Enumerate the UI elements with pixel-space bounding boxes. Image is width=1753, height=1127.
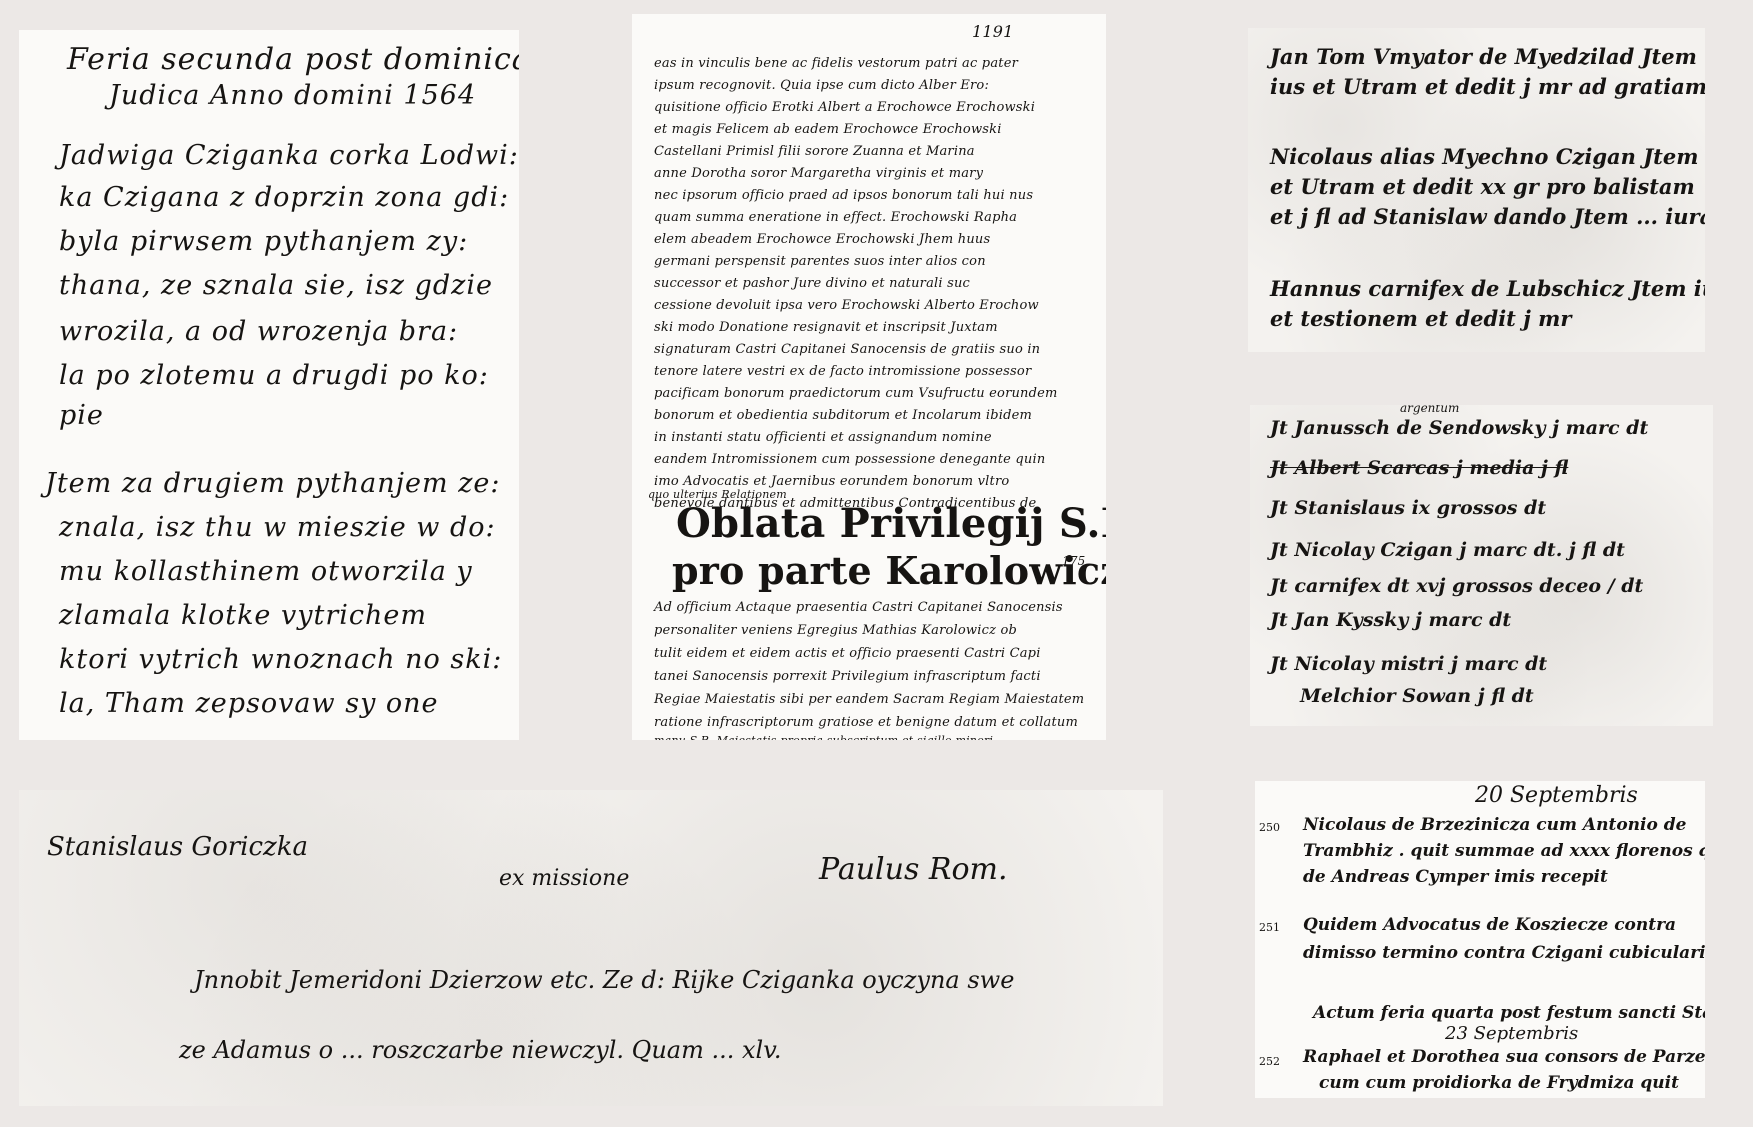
manuscript-panel-numbered-entries: 20 Septembris 250 Nicolaus de Brzezinicz… [1255, 781, 1705, 1098]
text-line: la, Tham zepsovaw sy one [59, 688, 439, 719]
text-line: ski modo Donatione resignavit et inscrip… [654, 320, 998, 335]
heading-right: Paulus Rom. [819, 852, 1008, 887]
text-line: ratione infrascriptorum gratiose et beni… [654, 715, 1078, 730]
text-line: et testionem et dedit j mr [1270, 306, 1571, 331]
text-line: tulit eidem et eidem actis et officio pr… [654, 646, 1041, 661]
text-line: signaturam Castri Capitanei Sanocensis d… [654, 342, 1040, 357]
text-line: Regiae Maiestatis sibi per eandem Sacram… [654, 692, 1084, 707]
header-fragment: argentum [1400, 405, 1459, 415]
heading-left: Stanislaus Goriczka [47, 832, 308, 862]
text-line: ze Adamus o ... roszczarbe niewczyl. Qua… [179, 1036, 782, 1064]
manuscript-panel-court-record-1564: Feria secunda post dominicam Judica Anno… [19, 30, 519, 740]
text-line: et magis Felicem ab eadem Erochowce Eroc… [654, 122, 1002, 137]
date-annotation: 23 Septembris [1445, 1023, 1578, 1044]
text-line: dimisso termino contra Czigani cubicular… [1303, 943, 1705, 963]
text-line: et Utram et dedit xx gr pro balistam [1270, 174, 1695, 199]
text-line: ipsum recognovit. Quia ipse cum dicto Al… [654, 78, 989, 93]
text-line: mu kollasthinem otworzila y [59, 556, 473, 587]
text-line: wrozila, a od wrozenja bra: [59, 316, 458, 347]
list-item: Melchior Sowan j fl dt [1300, 685, 1534, 707]
document-subheading: pro parte Karolowicz. [672, 548, 1106, 593]
manuscript-panel-payment-list: argentum Jt Janussch de Sendowsky j marc… [1250, 405, 1713, 726]
text-line: anne Dorotha soror Margaretha virginis e… [654, 166, 983, 181]
text-line: Castellani Primisl filii sorore Zuanna e… [654, 144, 975, 159]
text-line: imo Advocatis et Jaernibus eorundem bono… [654, 474, 1009, 489]
text-line: elem abeadem Erochowce Erochowski Jhem h… [654, 232, 990, 247]
margin-folio-number: 175 [1062, 554, 1086, 568]
text-line: eas in vinculis bene ac fidelis vestorum… [654, 56, 1018, 71]
text-line: manu S.R. Maiestatis propria subscriptum… [654, 734, 993, 740]
text-line: Jadwiga Cziganka corka Lodwi: [59, 140, 519, 171]
list-item: Jt Nicolay Czigan j marc dt. j fl dt [1270, 539, 1625, 561]
text-line: Nicolaus de Brzezinicza cum Antonio de [1303, 815, 1686, 835]
text-line: cum cum proidiorka de Frydmiza quit [1319, 1073, 1679, 1093]
text-line: ka Czigana z doprzin zona gdi: [59, 182, 509, 213]
list-item: Jt Nicolay mistri j marc dt [1270, 653, 1547, 675]
text-line: in instanti statu officienti et assignan… [654, 430, 992, 445]
text-line: personaliter veniens Egregius Mathias Ka… [654, 623, 1017, 638]
heading-middle: ex missione [499, 866, 629, 891]
text-line: successor et pashor Jure divino et natur… [654, 276, 970, 291]
text-line: cessione devoluit ipsa vero Erochowski A… [654, 298, 1039, 313]
text-line: Quidem Advocatus de Kosziecze contra [1303, 915, 1676, 935]
text-line: zlamala klotke vytrichem [59, 600, 427, 631]
text-line: germani perspensit parentes suos inter a… [654, 254, 986, 269]
manuscript-panel-wide-fragment: Stanislaus Goriczka ex missione Paulus R… [19, 790, 1163, 1106]
list-item: Jt Janussch de Sendowsky j marc dt [1270, 417, 1648, 439]
manuscript-panel-privilege-oblata: 1191 eas in vinculis bene ac fidelis ves… [632, 14, 1106, 740]
text-line: Actum feria quarta post festum sancti St… [1313, 1003, 1705, 1023]
text-line: znala, isz thu w mieszie w do: [59, 512, 496, 543]
date-annotation: 20 Septembris [1475, 783, 1638, 808]
text-line: thana, ze sznala sie, isz gdzie [59, 270, 493, 301]
entry-number: 250 [1259, 821, 1280, 834]
document-heading: Oblata Privilegij S.R.M: [676, 500, 1106, 547]
text-line: ius et Utram et dedit j mr ad gratiam [1270, 74, 1705, 99]
text-line: tanei Sanocensis porrexit Privilegium in… [654, 669, 1041, 684]
list-item: Jt carnifex dt xvj grossos deceo / dt [1270, 575, 1643, 597]
text-line: tenore latere vestri ex de facto intromi… [654, 364, 1031, 379]
entry-number: 251 [1259, 921, 1280, 934]
text-line: la po zlotemu a drugdi po ko: [59, 360, 489, 391]
text-line: Jnnobit Jemeridoni Dzierzow etc. Ze d: R… [194, 966, 1014, 994]
text-line: Judica Anno domini 1564 [109, 80, 476, 111]
text-line: et j fl ad Stanislaw dando Jtem ... iura… [1270, 204, 1705, 229]
text-line: de Andreas Cymper imis recepit [1303, 867, 1608, 887]
text-line: Hannus carnifex de Lubschicz Jtem ius [1270, 276, 1705, 301]
text-line: nec ipsorum officio praed ad ipsos bonor… [654, 188, 1033, 203]
entry-number: 252 [1259, 1055, 1280, 1068]
text-line: pacificam bonorum praedictorum cum Vsufr… [654, 386, 1058, 401]
text-line: quam summa eneratione in effect. Erochow… [654, 210, 1017, 225]
list-item-struck: Jt Albert Scarcas j media j fl [1270, 457, 1568, 479]
folio-number: 1191 [972, 22, 1014, 41]
text-line: pie [59, 400, 104, 431]
manuscript-panel-town-register: Jan Tom Vmyator de Myedzilad Jtem ius et… [1248, 28, 1705, 352]
text-line: Raphael et Dorothea sua consors de Parze… [1303, 1047, 1705, 1067]
list-item: Jt Jan Kyssky j marc dt [1270, 609, 1511, 631]
text-line: quisitione officio Erotki Albert a Eroch… [654, 100, 1035, 115]
text-line: bonorum et obedientia subditorum et Inco… [654, 408, 1032, 423]
text-line: byla pirwsem pythanjem zy: [59, 226, 468, 257]
text-line: Nicolaus alias Myechno Czigan Jtem ius [1270, 144, 1705, 169]
text-line: eandem Intromissionem cum possessione de… [654, 452, 1045, 467]
text-line: Jtem za drugiem pythanjem ze: [45, 468, 501, 499]
text-line: ktori vytrich wnoznach no ski: [59, 644, 502, 675]
list-item: Jt Stanislaus ix grossos dt [1270, 497, 1546, 519]
text-line: Jan Tom Vmyator de Myedzilad Jtem [1270, 44, 1697, 69]
text-line: Feria secunda post dominicam [67, 42, 519, 77]
text-line: Trambhiz . quit summae ad xxxx florenos … [1303, 841, 1705, 861]
text-line: Ad officium Actaque praesentia Castri Ca… [654, 600, 1063, 615]
